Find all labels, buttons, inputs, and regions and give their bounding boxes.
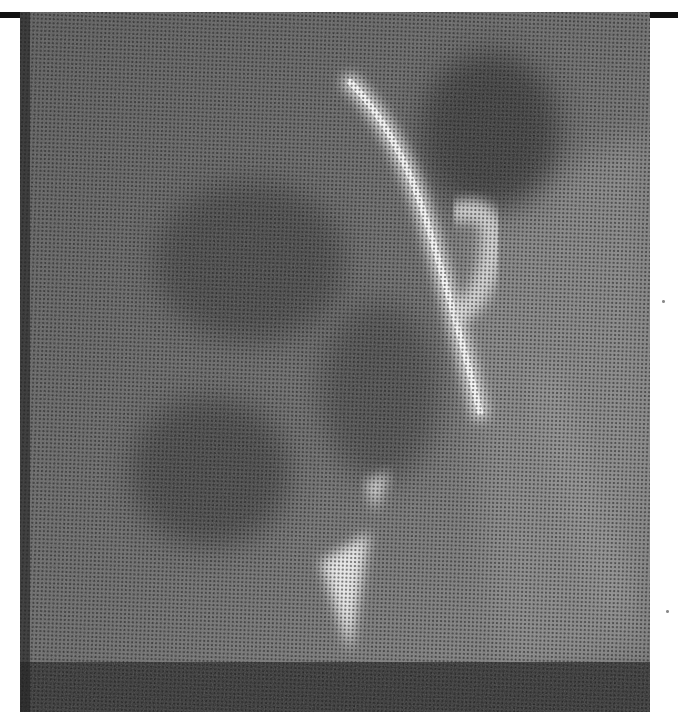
halftone-photograph <box>20 12 650 712</box>
print-grain <box>20 12 650 712</box>
left-edge-shadow <box>20 12 30 712</box>
scan-speck <box>666 610 669 613</box>
scan-speck <box>662 300 665 303</box>
scanned-page <box>0 0 678 724</box>
photo-canvas <box>20 12 650 712</box>
